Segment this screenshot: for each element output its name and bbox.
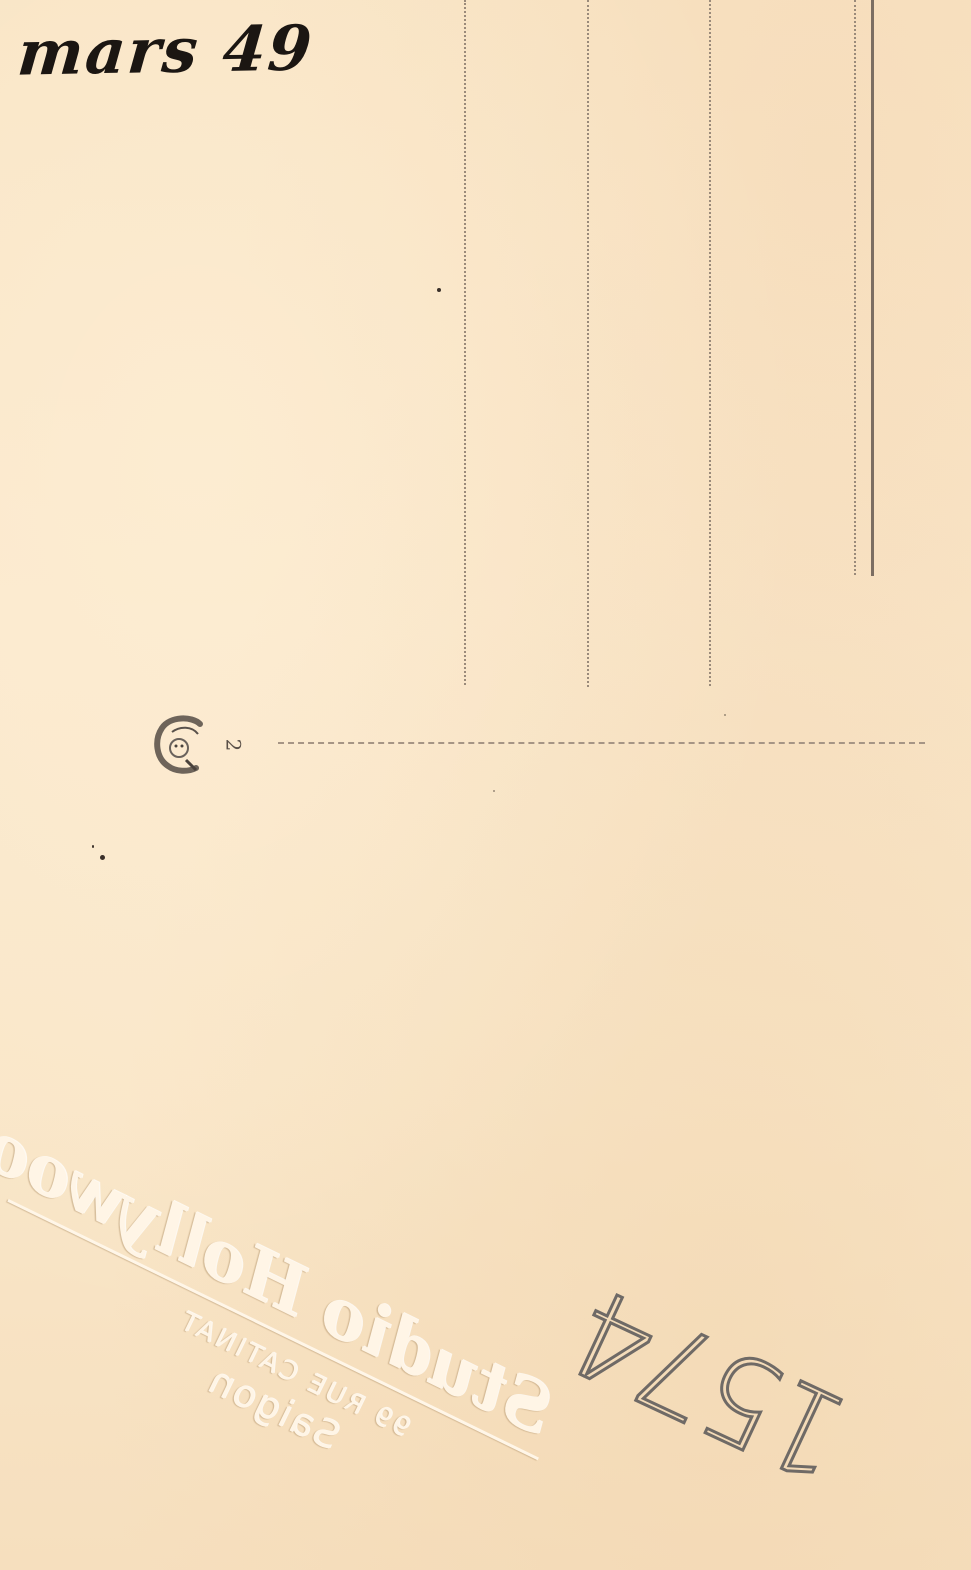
emboss-city-text: Saigon [200,1357,346,1459]
divider-dotted-line-2 [587,0,589,687]
emboss-address-text: 99 RUE CATINAT [173,1306,414,1444]
pencil-inventory-number: 1574 [560,1270,866,1498]
divider-dotted-line-1 [464,0,466,685]
stamp-number: 2 [221,739,245,752]
postcard-back: mars 49 2 Studio Hollywood 99 RUE CATINA… [0,0,971,1570]
divider-horizontal-line [278,742,925,744]
embossed-studio-mark: Studio Hollywood 99 RUE CATINAT Saigon [0,0,971,1570]
divider-solid-line [871,0,874,576]
paper-speck [100,855,105,860]
divider-dotted-line-4 [854,0,856,575]
helmeted-head-emblem-icon [152,714,212,774]
paper-speck [92,845,94,848]
handwritten-date-note: mars 49 [15,17,316,84]
paper-speck [493,790,495,792]
paper-speck [724,714,726,716]
emboss-brand-text: Studio Hollywood [0,1086,566,1452]
paper-speck [437,288,441,292]
divider-dotted-line-3 [709,0,711,686]
emboss-underline [7,1199,539,1460]
